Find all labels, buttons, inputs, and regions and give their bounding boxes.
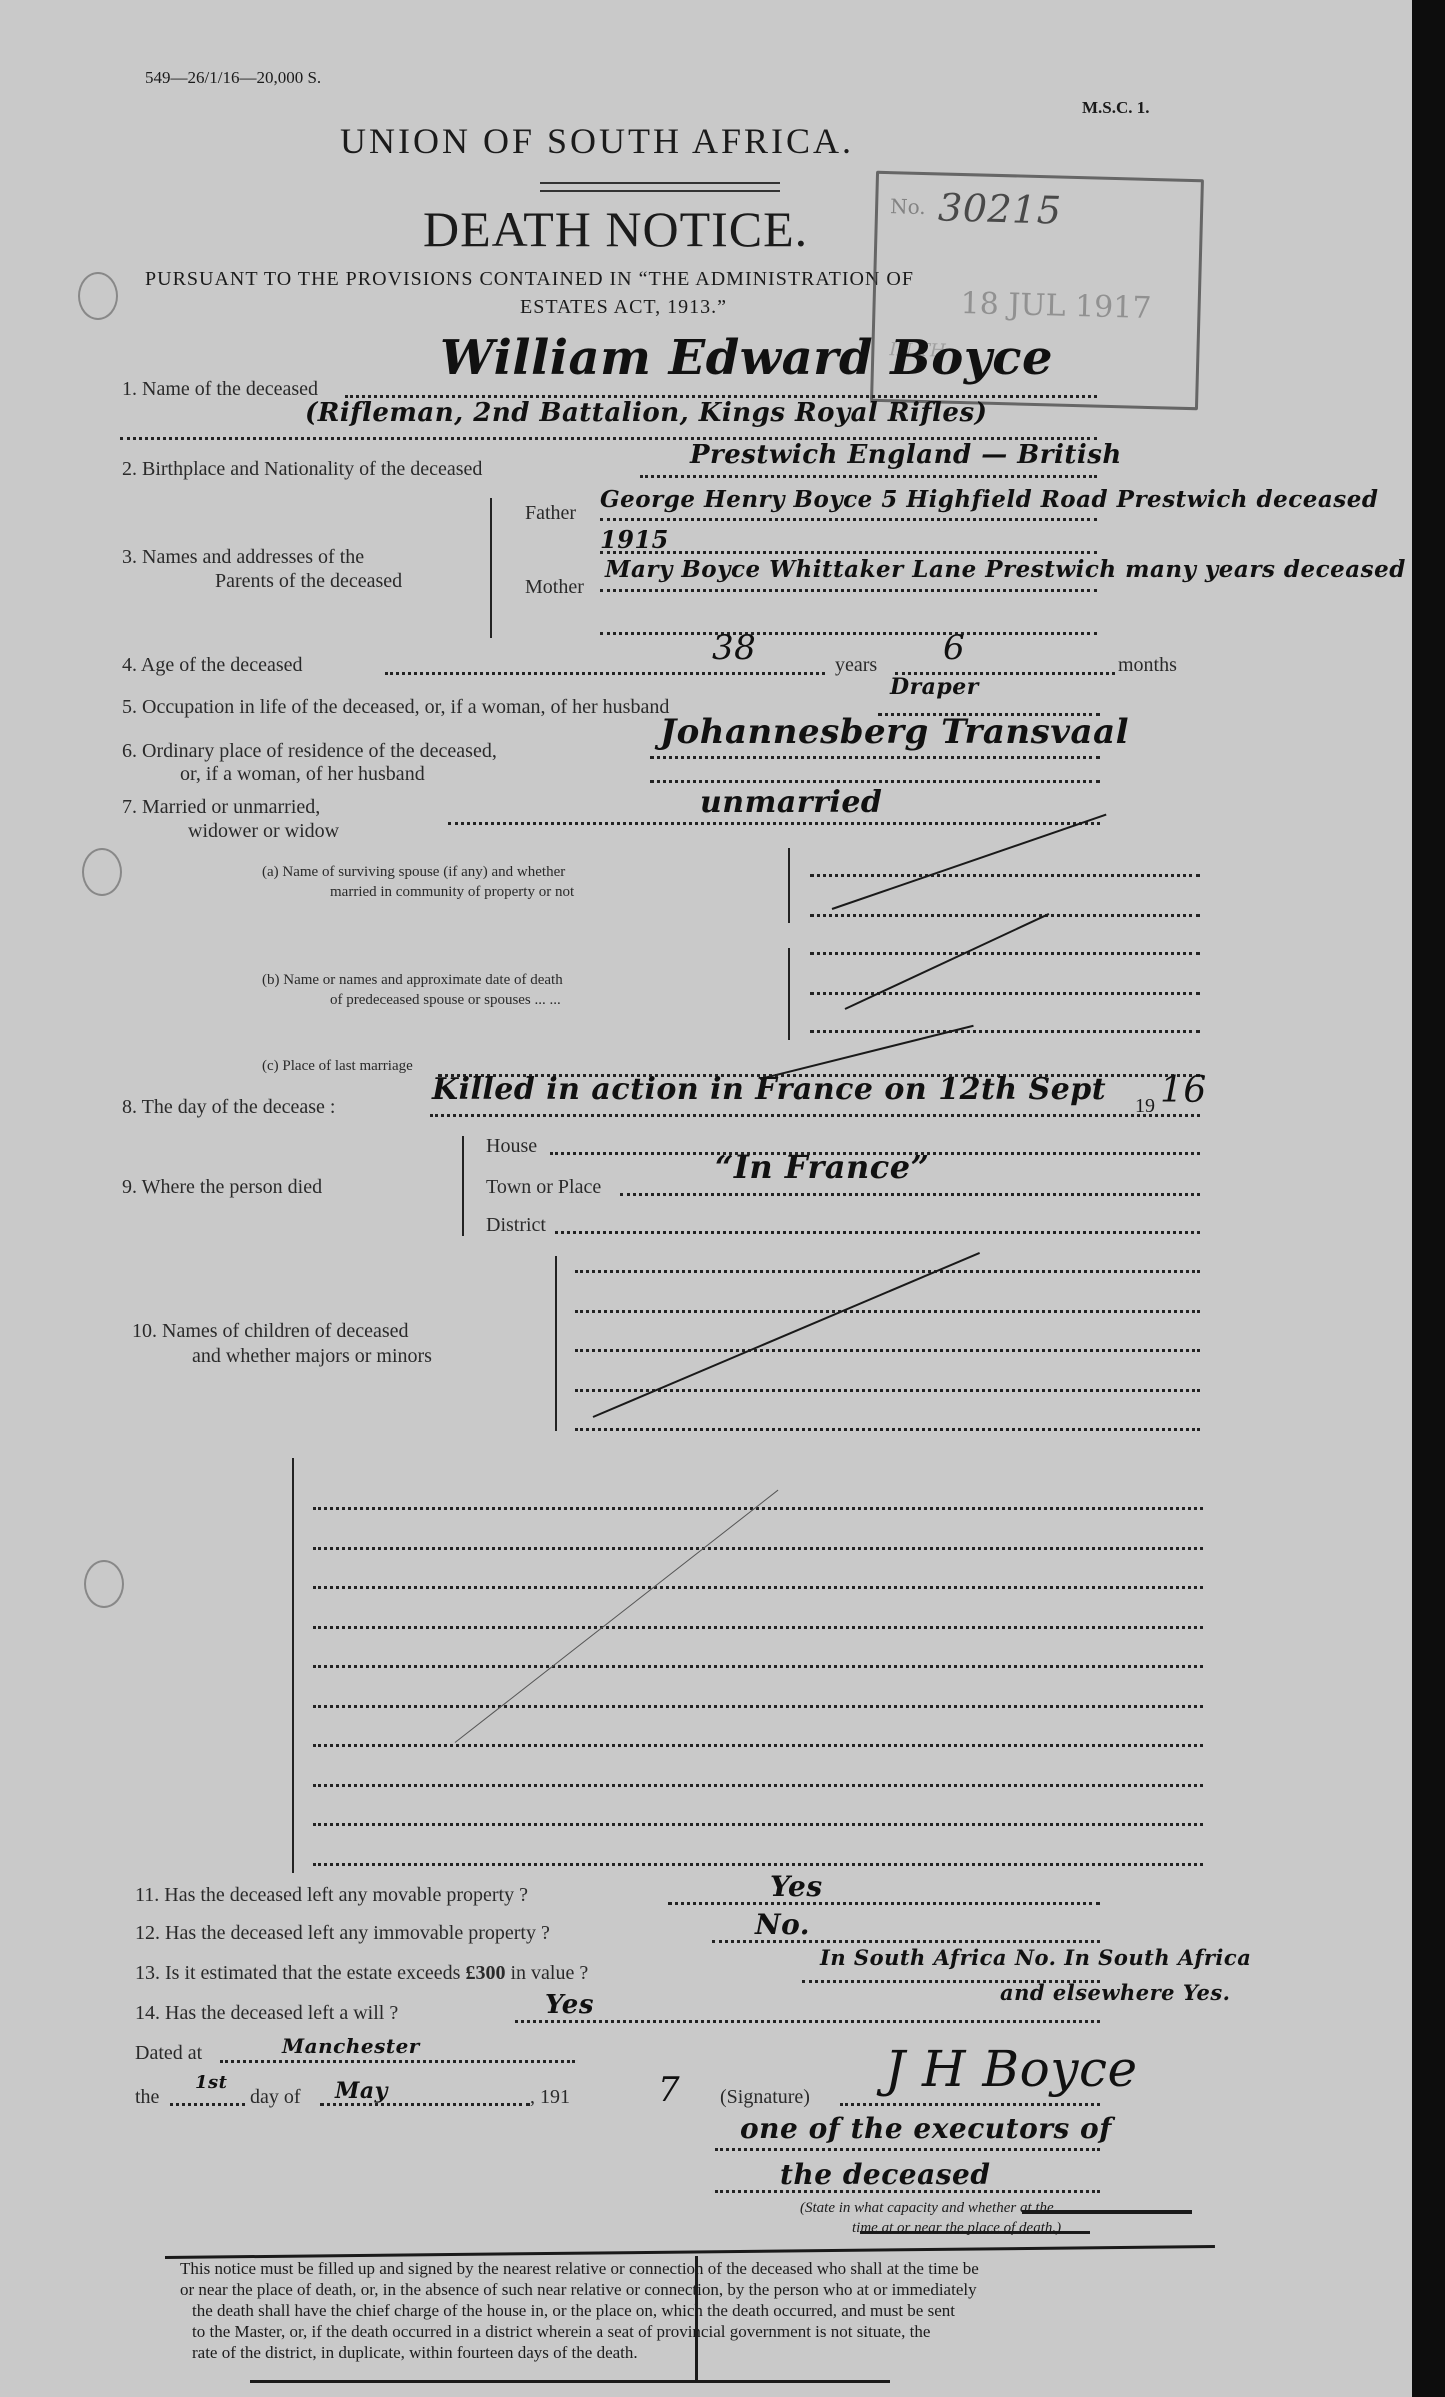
dotted-line [640, 475, 1097, 478]
scan-edge [1412, 0, 1445, 2397]
signature-value[interactable]: J H Boyce [885, 2040, 1138, 2098]
dotted-line [810, 992, 1200, 995]
field-7c-label: (c) Place of last marriage [262, 1058, 413, 1075]
dated-label: Dated at [135, 2042, 202, 2065]
cancel-stroke [845, 913, 1050, 1010]
signature-label: (Signature) [720, 2086, 810, 2109]
capacity-note-line2: time at or near the place of death.) [852, 2220, 1061, 2237]
dotted-line [170, 2103, 245, 2106]
dotted-line [600, 632, 1097, 635]
dotted-line [575, 1389, 1200, 1392]
field-6-label-line2: or, if a woman, of her husband [180, 763, 425, 786]
dotted-line [220, 2060, 575, 2063]
dotted-line [448, 822, 1100, 825]
district-label: District [486, 1214, 546, 1237]
dotted-line [600, 518, 1097, 521]
form-code: M.S.C. 1. [1082, 98, 1150, 118]
months-label: months [1118, 654, 1177, 677]
marital-status-value[interactable]: unmarried [700, 785, 882, 820]
mother-value[interactable]: Mary Boyce Whittaker Lane Prestwich many… [605, 556, 1406, 583]
field-3-label-line2: Parents of the deceased [215, 570, 402, 593]
day-of-label: day of [250, 2086, 301, 2109]
dotted-line [555, 1231, 1200, 1234]
year-prefix: 19 [1135, 1095, 1155, 1118]
stamp-number: 30215 [938, 185, 1063, 232]
footer-line: This notice must be filled up and signed… [180, 2258, 979, 2279]
dotted-line [600, 551, 1097, 554]
deceased-rank[interactable]: (Rifleman, 2nd Battalion, Kings Royal Ri… [305, 398, 987, 428]
estate-value-line2[interactable]: and elsewhere Yes. [1000, 1980, 1231, 2005]
decease-year-suffix[interactable]: 16 [1160, 1070, 1207, 1111]
field-12-label: 12. Has the deceased left any immovable … [135, 1922, 550, 1945]
dotted-line [575, 1428, 1200, 1431]
dotted-line [600, 589, 1097, 592]
immovable-property-value[interactable]: No. [755, 1908, 810, 1941]
dotted-line [313, 1863, 1203, 1866]
dotted-line [575, 1310, 1200, 1313]
print-code: 549—26/1/16—20,000 S. [145, 68, 321, 88]
dotted-line [668, 1902, 1100, 1905]
father-value[interactable]: George Henry Boyce 5 Highfield Road Pres… [600, 486, 1378, 513]
movable-property-value[interactable]: Yes [770, 1870, 823, 1903]
field-10-label-line2: and whether majors or minors [192, 1345, 432, 1368]
strike-stroke [165, 2245, 1215, 2259]
father-label: Father [525, 502, 576, 525]
dotted-line [313, 1665, 1203, 1668]
capacity-line2[interactable]: the deceased [780, 2158, 990, 2191]
field-8-label: 8. The day of the decease : [122, 1096, 335, 1119]
dotted-line [313, 1547, 1203, 1550]
capacity-line1[interactable]: one of the executors of [740, 2112, 1112, 2145]
residence-value[interactable]: Johannesberg Transvaal [660, 712, 1129, 752]
field-13-label-post: in value ? [505, 1962, 588, 1984]
dotted-line [515, 2020, 1100, 2023]
brace [788, 948, 790, 1040]
dotted-line [810, 874, 1200, 877]
dotted-line [575, 1349, 1200, 1352]
brace [292, 1458, 294, 1873]
dotted-line [810, 1030, 1200, 1033]
field-13-label-pre: 13. Is it estimated that the estate exce… [135, 1962, 465, 1984]
field-13-label: 13. Is it estimated that the estate exce… [135, 1962, 588, 1985]
will-value[interactable]: Yes [545, 1990, 594, 2020]
town-label: Town or Place [486, 1176, 601, 1199]
brace [788, 848, 790, 923]
dotted-line [313, 1507, 1203, 1510]
field-14-label: 14. Has the deceased left a will ? [135, 2002, 398, 2025]
dotted-line [313, 1586, 1203, 1589]
cancel-stroke [593, 1252, 980, 1418]
dotted-line [650, 756, 1100, 759]
dotted-line [715, 2148, 1100, 2151]
dotted-line [313, 1744, 1203, 1747]
punch-hole [78, 272, 118, 320]
years-label: years [835, 654, 877, 677]
threshold-amount: £300 [465, 1962, 505, 1984]
dotted-line [810, 952, 1200, 955]
year-prefix-label: , 191 [530, 2086, 570, 2109]
field-7-label-line1: 7. Married or unmarried, [122, 796, 320, 819]
field-11-label: 11. Has the deceased left any movable pr… [135, 1884, 528, 1907]
subtitle-line1: PURSUANT TO THE PROVISIONS CONTAINED IN … [145, 268, 914, 291]
fold-mark [695, 2256, 698, 2381]
field-7a-label-line1: (a) Name of surviving spouse (if any) an… [262, 864, 565, 881]
field-10-label-line1: 10. Names of children of deceased [132, 1320, 409, 1343]
house-label: House [486, 1135, 537, 1158]
footer-line: the death shall have the chief charge of… [180, 2300, 979, 2321]
subtitle-line2: ESTATES ACT, 1913.” [520, 296, 727, 319]
field-9-label: 9. Where the person died [122, 1176, 322, 1199]
field-6-label-line1: 6. Ordinary place of residence of the de… [122, 740, 497, 763]
dated-place-value[interactable]: Manchester [282, 2034, 420, 2058]
heading-rule [540, 182, 780, 192]
stamp-date: 18 JUL 1917 [960, 286, 1152, 326]
estate-value-line1[interactable]: In South Africa No. In South Africa [820, 1945, 1251, 1970]
dotted-line [313, 1705, 1203, 1708]
dotted-line [620, 1193, 1200, 1196]
footer-line: rate of the district, in duplicate, with… [180, 2342, 979, 2363]
death-notice-form: 549—26/1/16—20,000 S. M.S.C. 1. UNION OF… [0, 0, 1412, 2397]
field-7b-label-line2: of predeceased spouse or spouses ... ... [330, 992, 561, 1009]
the-label: the [135, 2086, 159, 2109]
occupation-value[interactable]: Draper [890, 674, 979, 700]
stamp-number-label: No. [890, 194, 926, 219]
age-years[interactable]: 38 [712, 628, 756, 668]
dotted-line [575, 1270, 1200, 1273]
brace [555, 1256, 557, 1431]
field-7-label-line2: widower or widow [188, 820, 339, 843]
strike-stroke [860, 2231, 1090, 2234]
field-7b-label-line1: (b) Name or names and approximate date o… [262, 972, 563, 989]
decease-date-value[interactable]: Killed in action in France on 12th Sept [432, 1072, 1106, 1107]
footer-line: to the Master, or, if the death occurred… [180, 2321, 979, 2342]
footer-notice: This notice must be filled up and signed… [180, 2258, 979, 2363]
punch-hole [82, 848, 122, 896]
dotted-line [650, 780, 1100, 783]
dotted-line [313, 1784, 1203, 1787]
dotted-line [840, 2103, 1100, 2106]
town-value[interactable]: “In France” [715, 1148, 930, 1186]
field-2-label: 2. Birthplace and Nationality of the dec… [122, 458, 482, 481]
month-value[interactable]: May [335, 2078, 388, 2104]
mother-label: Mother [525, 576, 584, 599]
brace [462, 1136, 464, 1236]
field-1-label: 1. Name of the deceased [122, 378, 318, 401]
birthplace-value[interactable]: Prestwich England — British [690, 440, 1122, 470]
dotted-line [810, 914, 1200, 917]
year-suffix-value[interactable]: 7 [658, 2070, 680, 2110]
father-value-cont[interactable]: 1915 [600, 525, 669, 554]
field-5-label: 5. Occupation in life of the deceased, o… [122, 696, 669, 719]
strike-stroke [250, 2380, 890, 2383]
field-7a-label-line2: married in community of property or not [330, 884, 574, 901]
country-heading: UNION OF SOUTH AFRICA. [340, 120, 854, 162]
strike-stroke [1022, 2210, 1192, 2214]
cancel-stroke [832, 814, 1107, 910]
dotted-line [313, 1823, 1203, 1826]
dotted-line [430, 1114, 1200, 1117]
age-months[interactable]: 6 [943, 628, 965, 668]
dotted-line [313, 1626, 1203, 1629]
day-value[interactable]: 1st [195, 2072, 227, 2093]
field-4-label: 4. Age of the deceased [122, 654, 302, 677]
deceased-name[interactable]: William Edward Boyce [440, 330, 1053, 386]
capacity-note-line1: (State in what capacity and whether at t… [800, 2200, 1054, 2217]
footer-line: or near the place of death, or, in the a… [180, 2279, 979, 2300]
brace [490, 498, 492, 638]
dotted-line [385, 672, 825, 675]
page-title: DEATH NOTICE. [423, 200, 808, 258]
punch-hole [84, 1560, 124, 1608]
field-3-label-line1: 3. Names and addresses of the [122, 546, 364, 569]
